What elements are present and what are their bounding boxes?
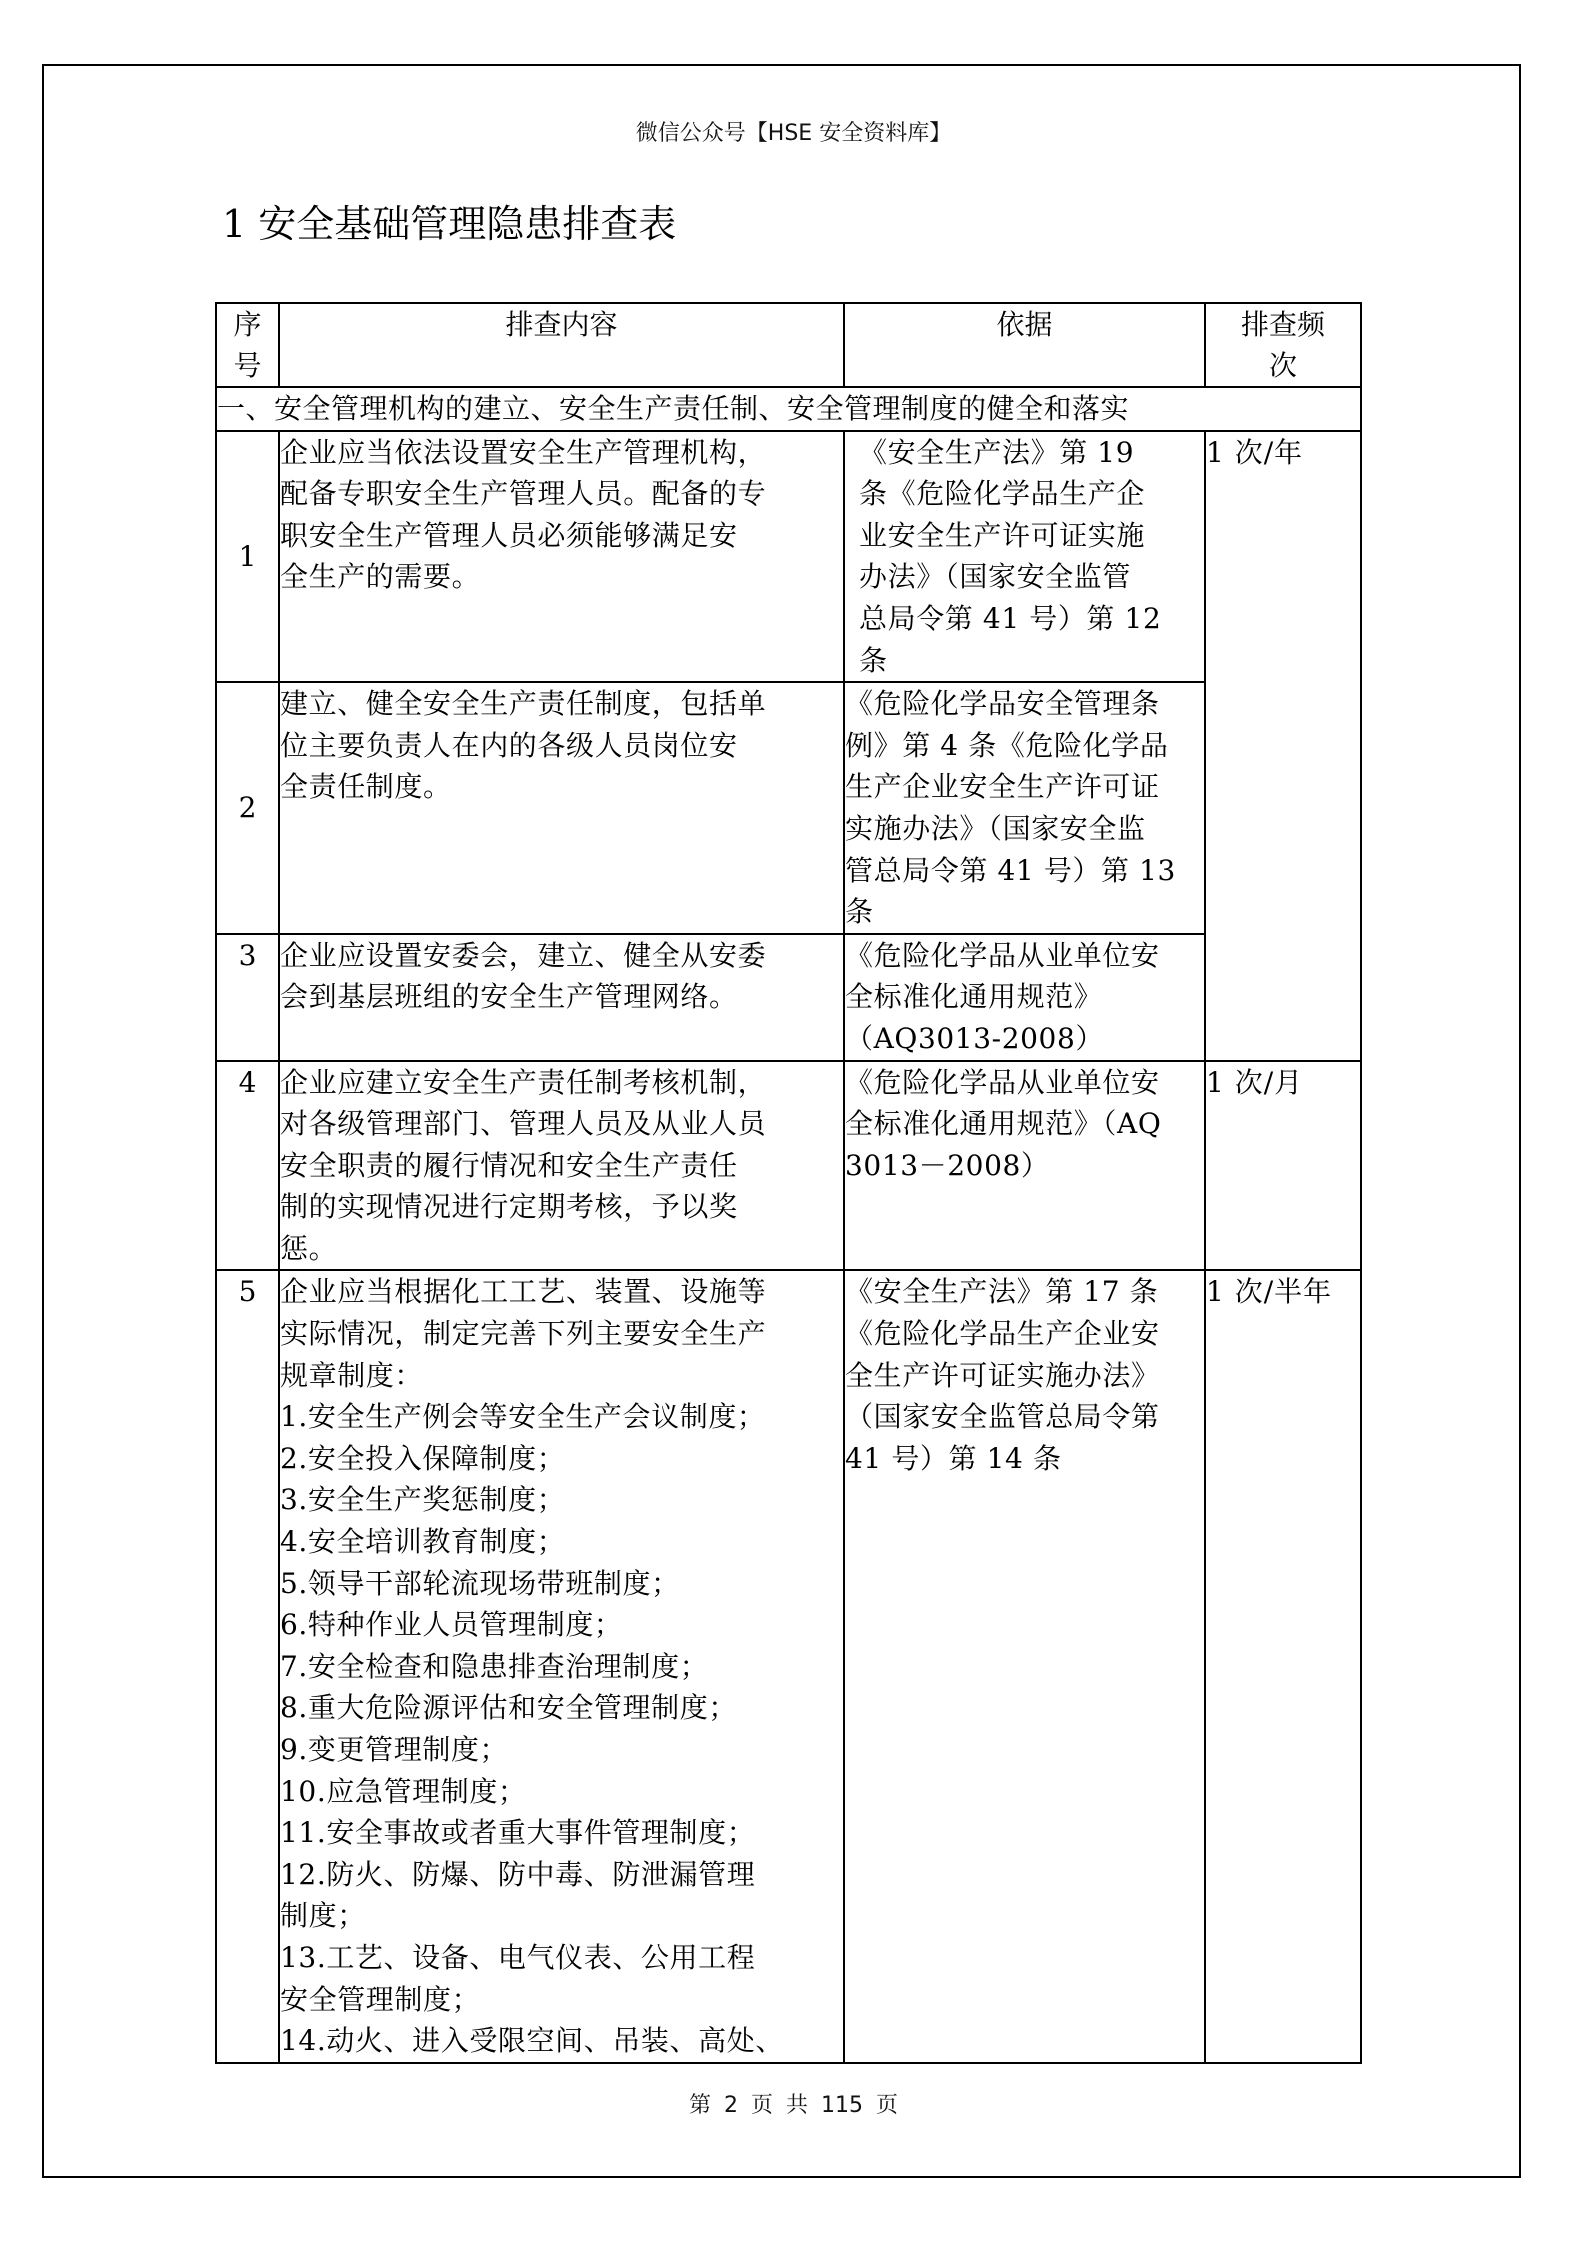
row-content: 建立、健全安全生产责任制度，包括单 位主要负责人在内的各级人员岗位安 全责任制度… [279,682,844,934]
table-row: 5 企业应当根据化工工艺、装置、设施等 实际情况，制定完善下列主要安全生产 规章… [216,1270,1361,2063]
table-row: 1 企业应当依法设置安全生产管理机构， 配备专职安全生产管理人员。配备的专 职安… [216,431,1361,683]
inspection-table: 序 号 排查内容 依据 排查频 次 一、安全管理机构的建立、安全生产责任制、安全… [215,302,1362,2064]
table-row: 2 建立、健全安全生产责任制度，包括单 位主要负责人在内的各级人员岗位安 全责任… [216,682,1361,934]
header-frequency: 排查频 次 [1205,303,1361,387]
row-no: 1 [216,431,279,683]
running-header: 微信公众号【HSE 安全资料库】 [0,116,1587,147]
page-footer: 第 2 页 共 115 页 [0,2088,1587,2119]
row-content: 企业应当根据化工工艺、装置、设施等 实际情况，制定完善下列主要安全生产 规章制度… [279,1270,844,2063]
page-title: 1 安全基础管理隐患排查表 [222,200,676,248]
row-basis: 《安全生产法》第 17 条 《危险化学品生产企业安 全生产许可证实施办法》 （国… [844,1270,1205,2063]
header-basis: 依据 [844,303,1205,387]
row-no: 4 [216,1061,279,1271]
row-basis: 《危险化学品从业单位安 全标准化通用规范》（AQ 3013－2008） [844,1061,1205,1271]
row-frequency: 1 次/年 [1205,431,1361,1061]
table-row: 4 企业应建立安全生产责任制考核机制， 对各级管理部门、管理人员及从业人员 安全… [216,1061,1361,1271]
row-basis: 《危险化学品从业单位安 全标准化通用规范》 （AQ3013-2008） [844,934,1205,1061]
row-content: 企业应建立安全生产责任制考核机制， 对各级管理部门、管理人员及从业人员 安全职责… [279,1061,844,1271]
row-frequency: 1 次/月 [1205,1061,1361,1271]
section-heading: 一、安全管理机构的建立、安全生产责任制、安全管理制度的健全和落实 [216,387,1361,431]
table-header-row: 序 号 排查内容 依据 排查频 次 [216,303,1361,387]
header-no: 序 号 [216,303,279,387]
row-content: 企业应设置安委会，建立、健全从安委 会到基层班组的安全生产管理网络。 [279,934,844,1061]
header-content: 排查内容 [279,303,844,387]
row-no: 5 [216,1270,279,2063]
row-content: 企业应当依法设置安全生产管理机构， 配备专职安全生产管理人员。配备的专 职安全生… [279,431,844,683]
section-row: 一、安全管理机构的建立、安全生产责任制、安全管理制度的健全和落实 [216,387,1361,431]
row-basis: 《安全生产法》第 19 条《危险化学品生产企 业安全生产许可证实施 办法》（国家… [844,431,1205,683]
row-no: 2 [216,682,279,934]
row-basis: 《危险化学品安全管理条 例》第 4 条《危险化学品 生产企业安全生产许可证 实施… [844,682,1205,934]
table-row: 3 企业应设置安委会，建立、健全从安委 会到基层班组的安全生产管理网络。 《危险… [216,934,1361,1061]
row-frequency: 1 次/半年 [1205,1270,1361,2063]
row-no: 3 [216,934,279,1061]
